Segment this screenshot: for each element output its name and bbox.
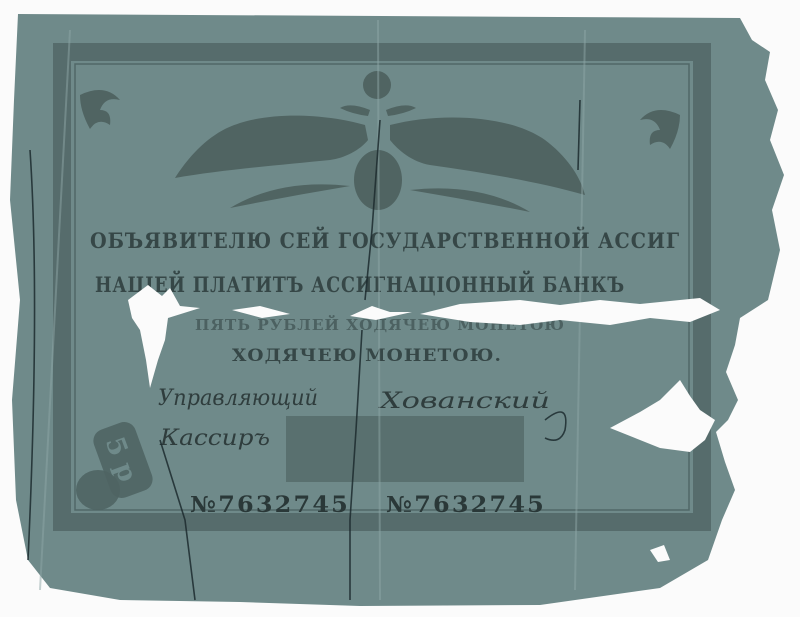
manager-signature: Хованский: [377, 389, 550, 414]
serial-number-left: №7632745: [190, 492, 350, 518]
text-line-4: ХОДЯЧЕЮ МОНЕТОЮ.: [232, 346, 502, 366]
cashier-label: Кассиръ: [159, 426, 270, 451]
manager-label: Управляющий: [158, 386, 318, 411]
text-line-1: ОБЪЯВИТЕЛЮ СЕЙ ГОСУДАРСТВЕННОЙ АССИГ: [90, 227, 680, 253]
banknote-scan: ОБЪЯВИТЕЛЮ СЕЙ ГОСУДАРСТВЕННОЙ АССИГ НАЦ…: [0, 0, 800, 617]
text-line-2: НАЦIЕЙ ПЛАТИТЪ АССИГНАЦIОННЫЙ БАНКЪ: [95, 271, 625, 297]
serial-number-right: №7632745: [386, 492, 546, 518]
signature-panel: [286, 416, 524, 482]
